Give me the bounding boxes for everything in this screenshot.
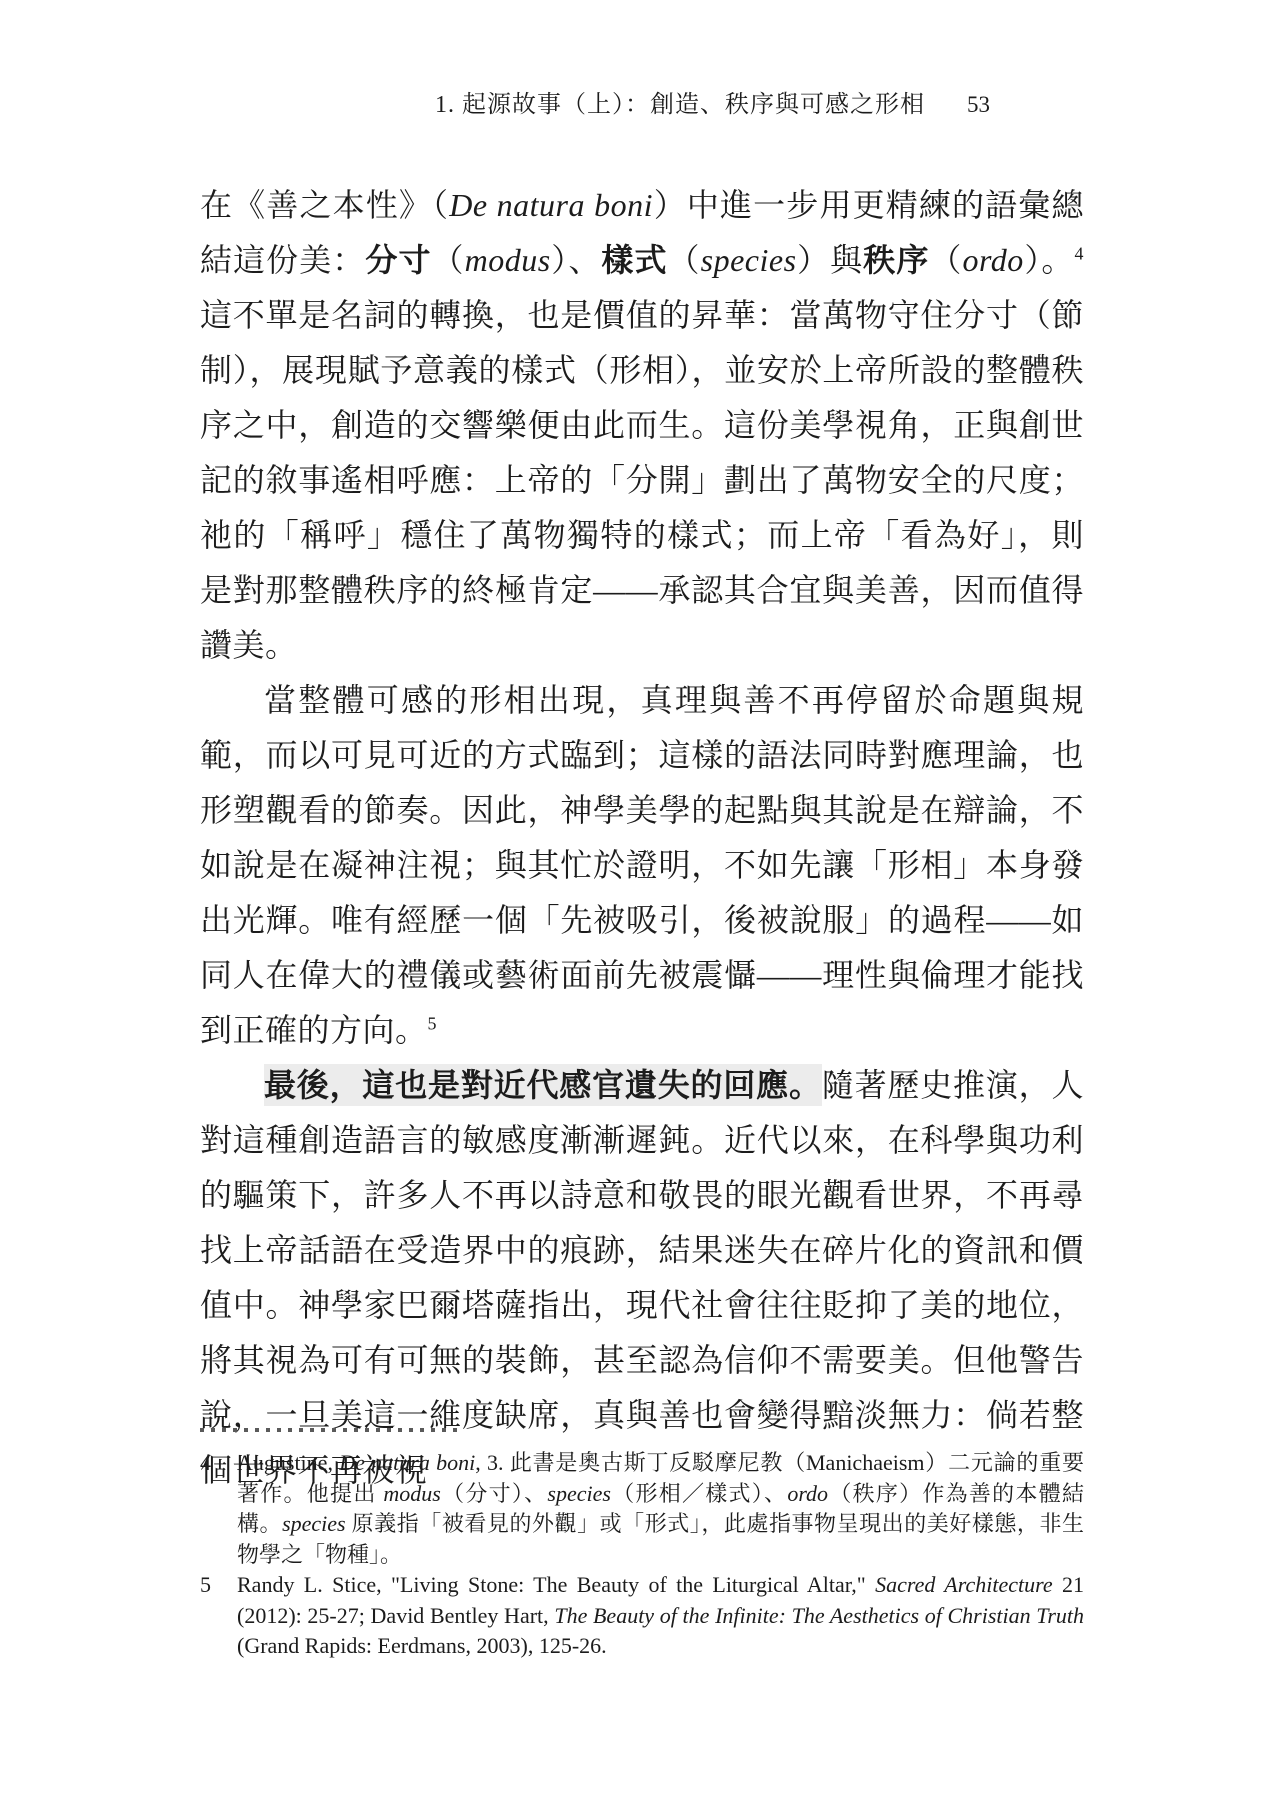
running-header: 1. 起源故事（上）：創造、秩序與可感之形相 53 [435, 84, 990, 119]
text-segment-italic: The Beauty of the Infinite: The Aestheti… [554, 1603, 1084, 1628]
text-segment-italic: De natura boni [339, 1450, 475, 1475]
paragraph: 在《善之本性》（De natura boni）中進一步用更精練的語彙總結這份美：… [200, 178, 1084, 673]
text-segment: Augustine, [237, 1450, 339, 1475]
text-segment-bold: 分寸 [365, 242, 431, 278]
text-segment: ）與 [797, 242, 864, 278]
text-segment-sup: 4 [1074, 243, 1083, 263]
text-segment: 這不單是名詞的轉換，也是價值的昇華：當萬物守住分寸（節制），展現賦予意義的樣式（… [200, 297, 1084, 663]
text-segment: 隨著歷史推演，人對這種創造語言的敏感度漸漸遲鈍。近代以來，在科學與功利的驅策下，… [200, 1067, 1084, 1488]
text-segment-italic: De natura boni [449, 187, 653, 223]
footnote: 4Augustine, De natura boni, 3. 此書是奧古斯丁反駁… [200, 1448, 1084, 1570]
text-segment: （ [668, 242, 701, 278]
footnote: 5Randy L. Stice, "Living Stone: The Beau… [200, 1570, 1084, 1662]
body-text: 在《善之本性》（De natura boni）中進一步用更精練的語彙總結這份美：… [200, 178, 1084, 1498]
text-segment: （分寸）、 [441, 1481, 548, 1506]
text-segment-bold: 樣式 [601, 242, 667, 278]
paragraph: 當整體可感的形相出現，真理與善不再停留於命題與規範，而以可見可近的方式臨到；這樣… [200, 673, 1084, 1058]
text-segment: ）。 [1024, 242, 1075, 278]
footnotes-section: 4Augustine, De natura boni, 3. 此書是奧古斯丁反駁… [200, 1428, 1084, 1662]
text-segment: （ [929, 242, 962, 278]
chapter-title: 1. 起源故事（上）：創造、秩序與可感之形相 [435, 84, 925, 119]
text-segment: ）、 [551, 242, 602, 278]
footnote-text: Randy L. Stice, "Living Stone: The Beaut… [237, 1570, 1084, 1662]
text-segment: （ [432, 242, 465, 278]
text-segment-italic: ordo [787, 1481, 828, 1506]
footnote-number: 5 [200, 1570, 237, 1662]
text-segment-italic: modus [383, 1481, 440, 1506]
text-segment-italic: species [701, 242, 797, 278]
text-segment: (Grand Rapids: Eerdmans, 2003), 125-26. [237, 1633, 607, 1658]
text-segment-bold: 秩序 [863, 242, 929, 278]
text-segment-italic: Sacred Architecture [875, 1572, 1053, 1597]
footnote-list: 4Augustine, De natura boni, 3. 此書是奧古斯丁反駁… [200, 1448, 1084, 1662]
footnote-number: 4 [200, 1448, 237, 1570]
text-segment: Randy L. Stice, "Living Stone: The Beaut… [237, 1572, 875, 1597]
text-segment: 在《善之本性》（ [200, 187, 449, 223]
text-segment-highlight: 最後，這也是對近代感官遺失的回應。 [264, 1064, 822, 1106]
page-number: 53 [967, 92, 990, 118]
text-segment-italic: ordo [962, 242, 1023, 278]
text-segment-sup: 5 [428, 1013, 437, 1033]
footnote-text: Augustine, De natura boni, 3. 此書是奧古斯丁反駁摩… [237, 1448, 1084, 1570]
book-page: 1. 起源故事（上）：創造、秩序與可感之形相 53 在《善之本性》（De nat… [0, 0, 1261, 1809]
text-segment: 原義指「被看見的外觀」或「形式」，此處指事物呈現出的美好樣態，非生物學之「物種」… [237, 1511, 1084, 1567]
text-segment-italic: modus [465, 242, 551, 278]
text-segment-italic: species [282, 1511, 346, 1536]
text-segment-italic: species [547, 1481, 611, 1506]
footnote-separator [200, 1428, 458, 1432]
text-segment: （形相／樣式）、 [611, 1481, 787, 1506]
text-segment: 當整體可感的形相出現，真理與善不再停留於命題與規範，而以可見可近的方式臨到；這樣… [200, 682, 1084, 1048]
